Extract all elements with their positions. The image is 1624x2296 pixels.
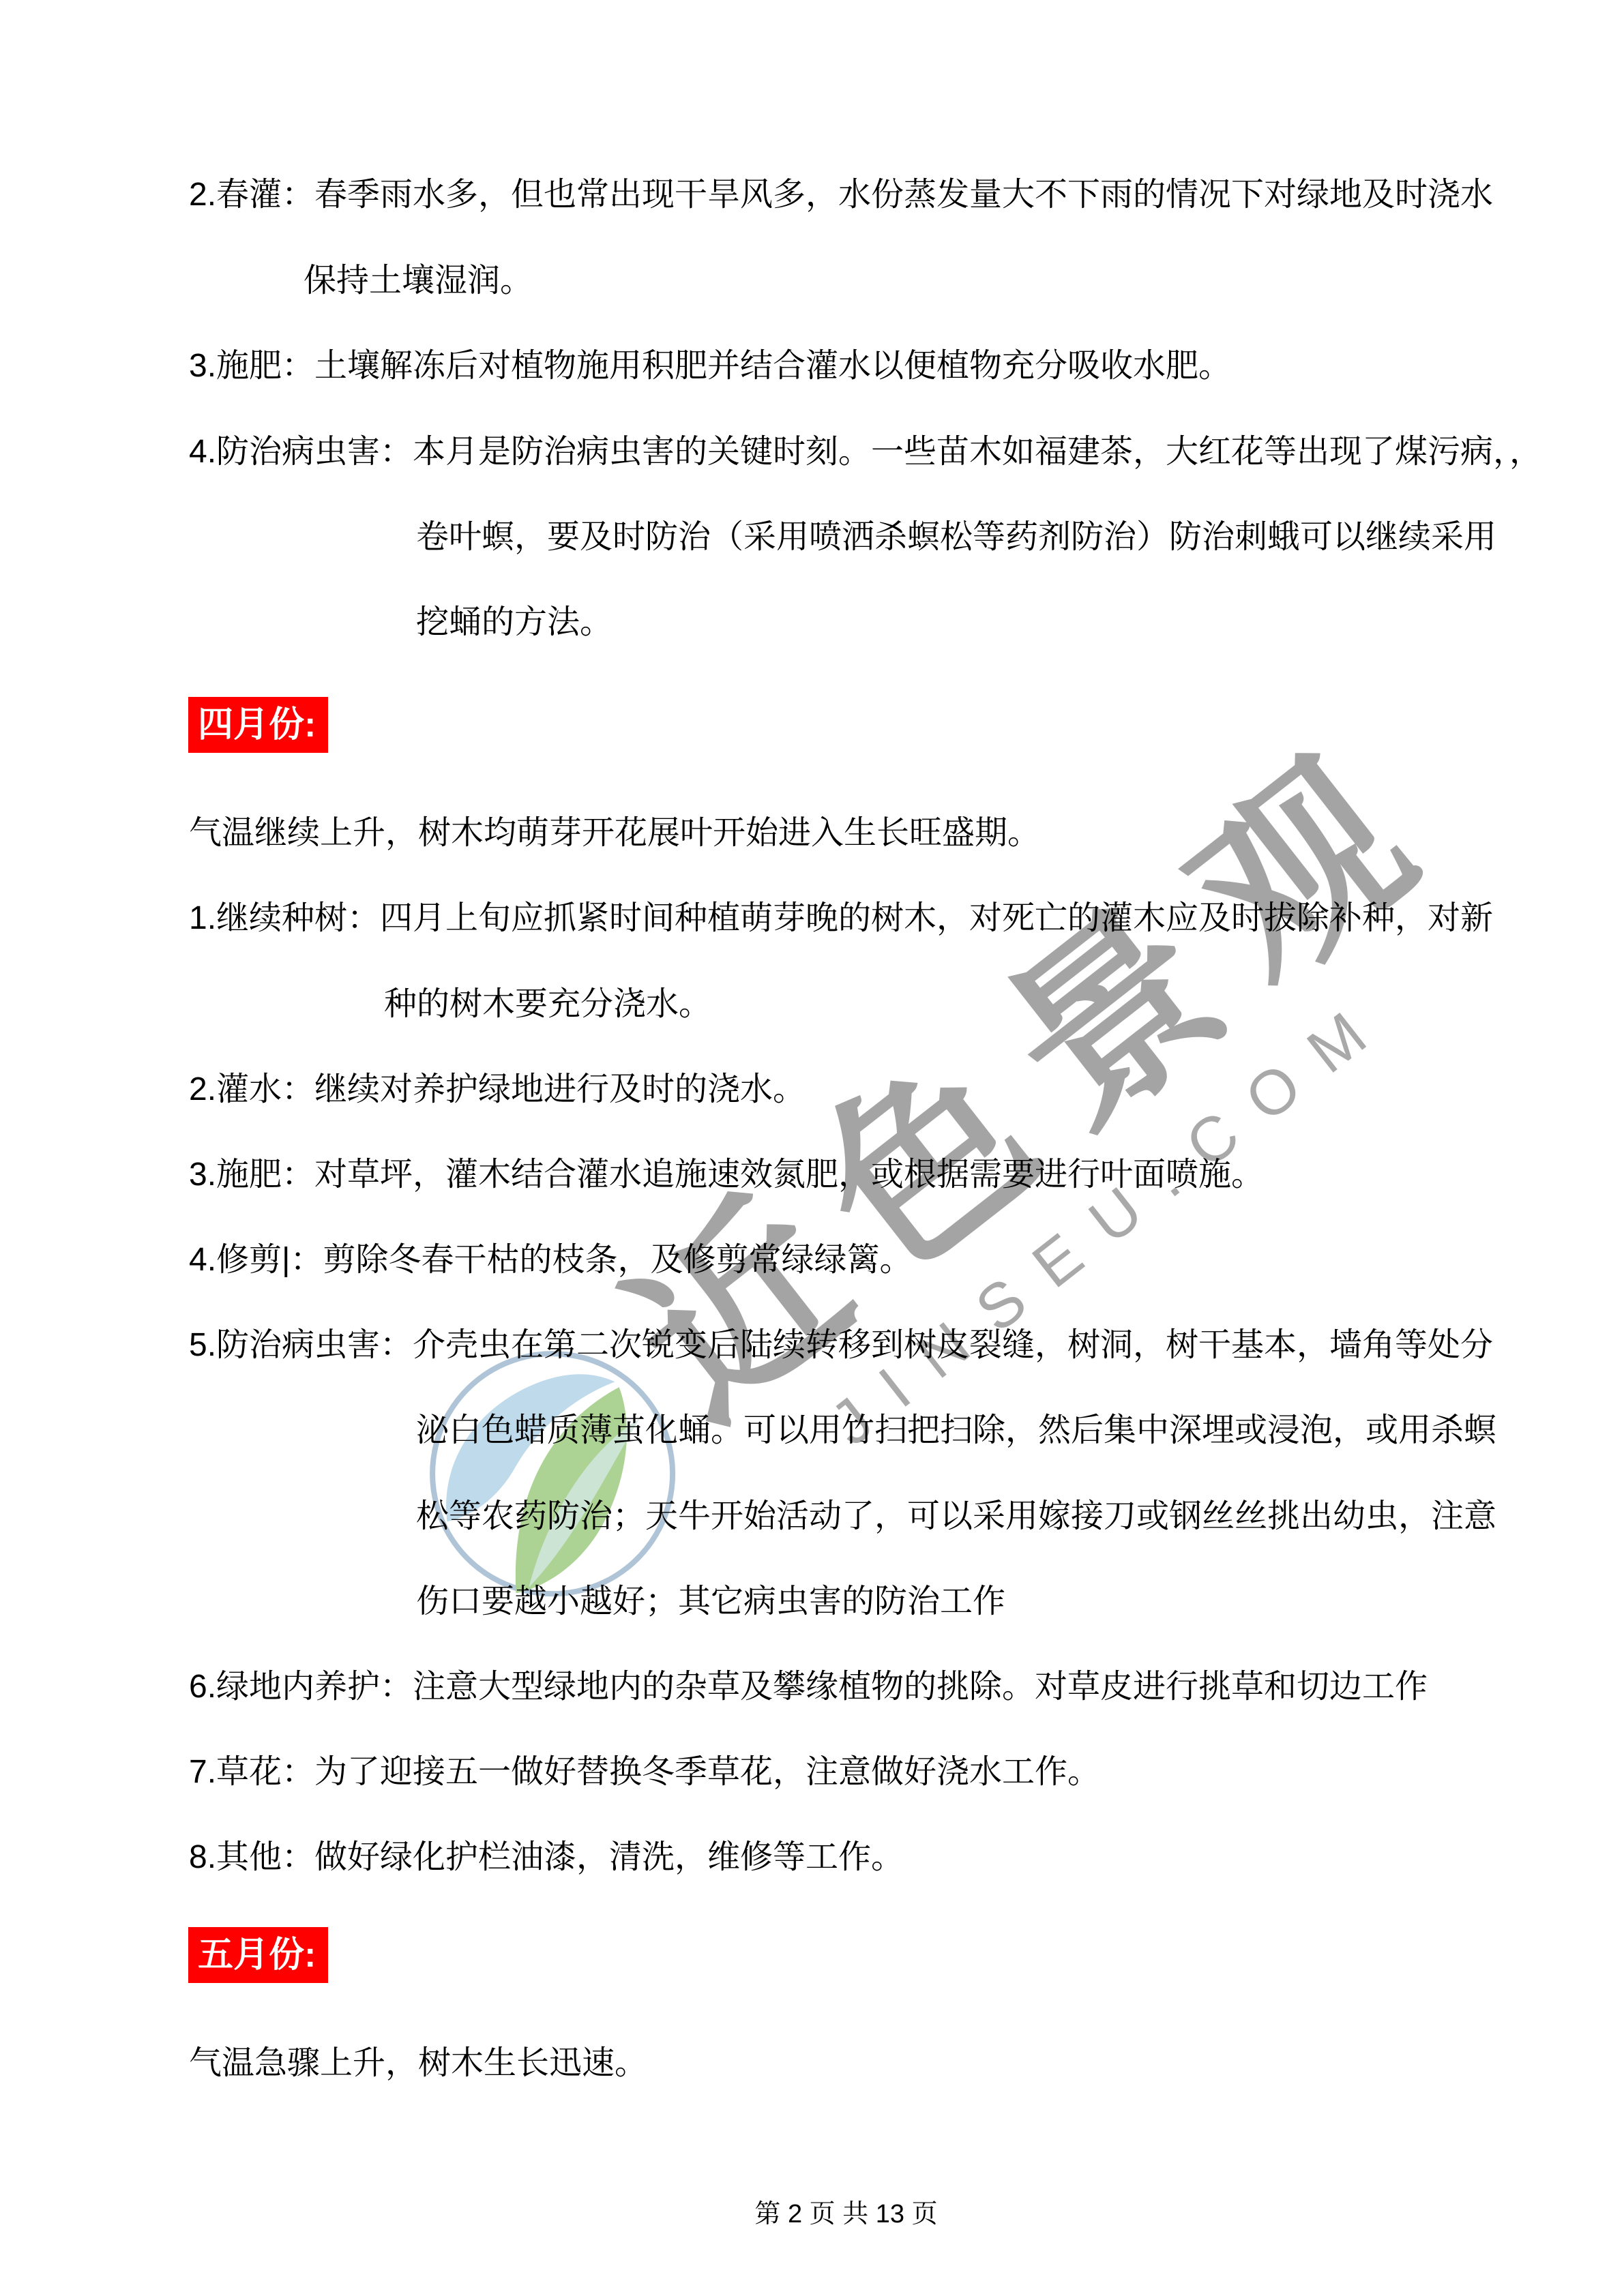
doc-line: 松等农药防治；天牛开始活动了，可以采用嫁接刀或钢丝丝挑出幼虫，注意	[416, 1497, 1496, 1536]
doc-line: 8.其他：做好绿化护栏油漆，清洗，维修等工作。	[189, 1838, 904, 1877]
doc-line: 气温继续上升，树木均萌芽开花展叶开始进入生长旺盛期。	[189, 814, 1040, 852]
doc-line: 6.绿地内养护：注意大型绿地内的杂草及攀缘植物的挑除。对草皮进行挑草和切边工作	[189, 1668, 1428, 1706]
doc-line: 2.灌水：继续对养护绿地进行及时的浇水。	[189, 1071, 806, 1109]
doc-line: 伤口要越小越好；其它病虫害的防治工作	[416, 1583, 1005, 1621]
doc-line: 种的树木要充分浇水。	[384, 985, 711, 1024]
doc-line: 3.施肥：土壤解冻后对植物施用积肥并结合灌水以便植物充分吸收水肥。	[189, 347, 1231, 385]
doc-line: 卷叶螟，要及时防治（采用喷洒杀螟松等药剂防治）防治刺蛾可以继续采用	[416, 518, 1496, 556]
doc-line: 4.修剪|：剪除冬春干枯的枝条，及修剪常绿绿篱。	[189, 1241, 913, 1279]
month-heading-april: 四月份:	[188, 697, 328, 753]
month-heading-may: 五月份:	[188, 1927, 328, 1983]
doc-line: 7.草花：为了迎接五一做好替换冬季草花，注意做好浇水工作。	[189, 1753, 1100, 1791]
doc-line: 气温急骤上升，树木生长迅速。	[189, 2044, 647, 2083]
doc-line: 保持土壤湿润。	[304, 262, 533, 300]
doc-line: 2.春灌：春季雨水多，但也常出现干旱风多，水份蒸发量大不下雨的情况下对绿地及时浇…	[189, 176, 1493, 214]
page-number: 第 2 页 共 13 页	[0, 2197, 1624, 2231]
doc-line: 挖蛹的方法。	[416, 603, 612, 642]
doc-line: 3.施肥：对草坪，灌木结合灌水追施速效氮肥，或根据需要进行叶面喷施。	[189, 1156, 1264, 1194]
doc-line: 泌白色蜡质薄茧化蛹。可以用竹扫把扫除，然后集中深埋或浸泡，或用杀螟	[416, 1412, 1496, 1450]
doc-line: 1.继续种树：四月上旬应抓紧时间种植萌芽晚的树木，对死亡的灌木应及时拔除补种，对…	[189, 899, 1493, 938]
doc-line: 4.防治病虫害：本月是防治病虫害的关键时刻。一些苗木如福建茶，大红花等出现了煤污…	[189, 433, 1542, 471]
doc-line: 5.防治病虫害：介壳虫在第二次锐变后陆续转移到树皮裂缝，树洞，树干基本，墙角等处…	[189, 1326, 1493, 1365]
document-page: 近色景观 JINSEU.COM 2.春灌：春季雨水多，但也常出现干旱风多，水份蒸…	[0, 0, 1624, 2296]
